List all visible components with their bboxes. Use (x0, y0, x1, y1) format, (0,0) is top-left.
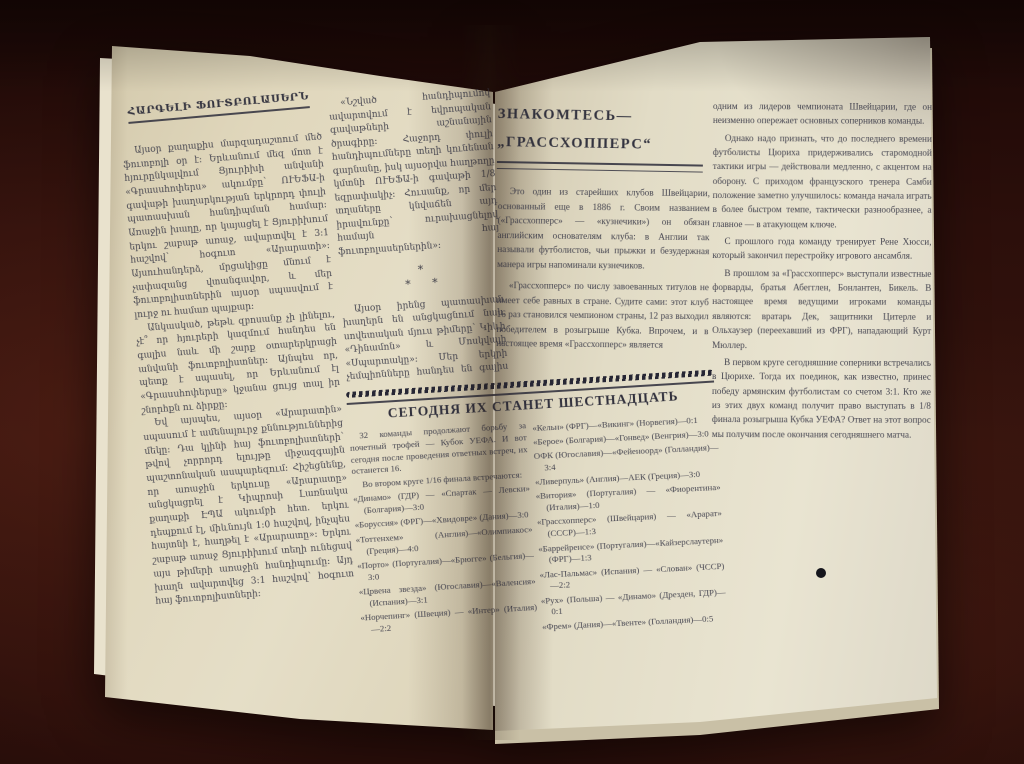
article-title-line-1: ЗНАКОМТЕСЬ— (498, 100, 712, 132)
article-column-4: одним из лидеров чемпионата Швейцарии, г… (711, 96, 932, 575)
russian-paragraph: одним из лидеров чемпионата Швейцарии, г… (713, 99, 932, 128)
armenian-paragraph: Այսօր իրենց պատասխան խաղերն են անցկացնու… (342, 293, 509, 385)
open-programme-booklet: ՀԱՐԳԵԼԻ ՖՈՒՏԲՈԼԱՍԵՐՆԵՐ Այսօր քաղաքիս մար… (0, 0, 1024, 764)
armenian-column-2: «Նշված հանդիպումով ավարտվում է եվրոպական… (328, 87, 509, 385)
fixtures-column-right: «Кельн» (ФРГ)—«Викинг» (Норвегия)—0:1 «Б… (532, 411, 728, 642)
russian-paragraph: С прошлого года команду тренирует Рене Х… (712, 234, 931, 263)
fixtures-column-left: 32 команды продолжают борьбу за почетный… (349, 420, 539, 642)
russian-paragraph: Однако надо признать, что до последнего … (713, 131, 932, 232)
russian-paragraph: «Грассхопперс» по числу завоеванных титу… (496, 278, 709, 353)
article-title-line-2: „ГРАССХОППЕРС“ (497, 128, 711, 160)
armenian-column-1: Այսօր քաղաքիս մարզադաշտում մեծ ֆուտբոլի … (122, 131, 356, 616)
armenian-paragraph: Այսօր քաղաքիս մարզադաշտում մեծ ֆուտբոլի … (122, 131, 334, 323)
article-column-3: Это один из старейших клубов Швейцарии, … (496, 184, 710, 384)
russian-paragraph: В первом круге сегодняшние соперники вст… (712, 355, 931, 442)
armenian-paragraph: «Նշված հանդիպումով ավարտվում է եվրոպական… (328, 87, 500, 259)
end-of-article-dot (816, 568, 826, 578)
russian-paragraph: Это один из старейших клубов Швейцарии, … (497, 184, 710, 273)
grasshoppers-article-title: ЗНАКОМТЕСЬ— „ГРАССХОППЕРС“ (497, 100, 712, 173)
russian-paragraph: В прошлом за «Грассхопперс» выступали из… (712, 266, 931, 353)
fixtures-intro: 32 команды продолжают борьбу за почетный… (349, 420, 529, 478)
armenian-paragraph: Եվ այսպես, այսօր «Արարատին» սպասում է ամ… (142, 404, 355, 610)
armenian-paragraph: Անկասկած, թեթև զբոսանք չի լինելու, չէ՞ ո… (135, 309, 341, 419)
asterism-divider: * * * (339, 258, 503, 297)
photo-background: ՀԱՐԳԵԼԻ ՖՈՒՏԲՈԼԱՍԵՐՆԵՐ Այսօր քաղաքիս մար… (0, 0, 1024, 764)
